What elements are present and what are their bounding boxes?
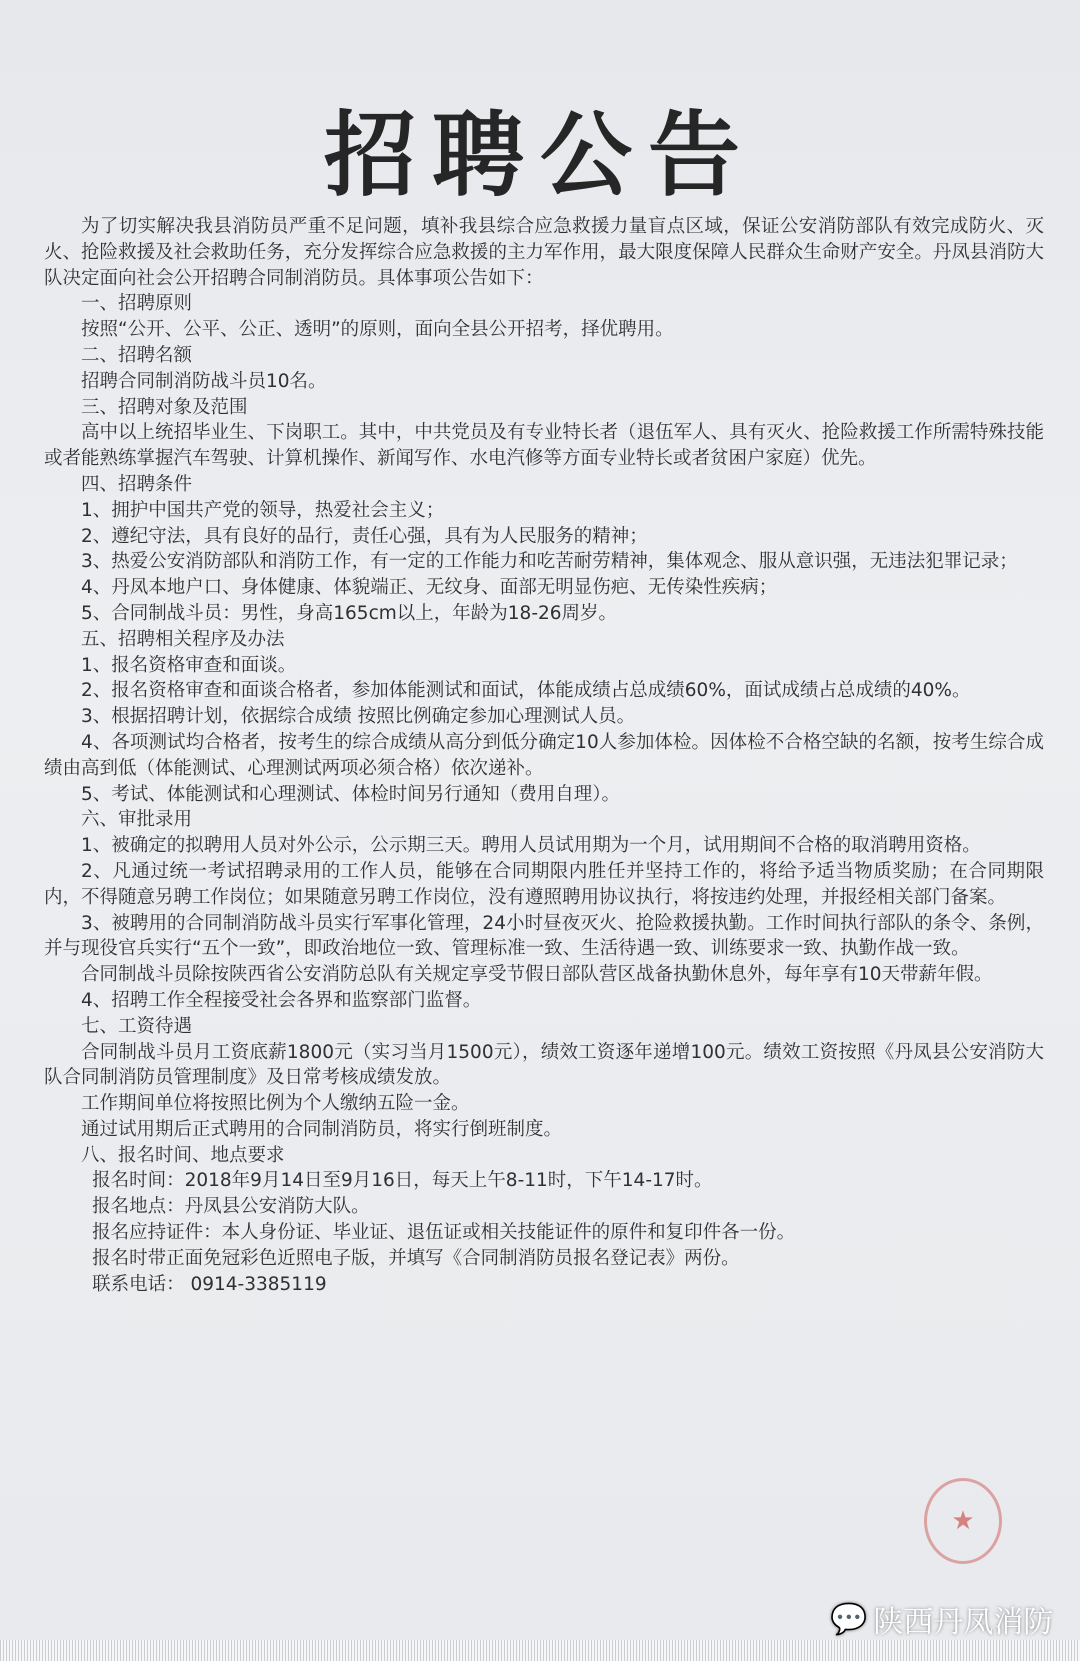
- section-paragraph: 3、热爱公安消防部队和消防工作，有一定的工作能力和吃苦耐劳精神，集体观念、服从意…: [44, 549, 1044, 575]
- section-paragraph: 合同制战斗员月工资底薪1800元（实习当月1500元），绩效工资逐年递增100元…: [44, 1040, 1044, 1092]
- section-paragraph: 2、凡通过统一考试招聘录用的工作人员，能够在合同期限内胜任并坚持工作的，将给予适…: [44, 859, 1044, 911]
- notice-paper: 招聘公告 为了切实解决我县消防员严重不足问题，填补我县综合应急救援力量盲点区域，…: [0, 0, 1080, 1640]
- section-paragraph: 报名应持证件：本人身份证、毕业证、退伍证或相关技能证件的原件和复印件各一份。: [44, 1220, 1044, 1246]
- section-paragraph: 合同制战斗员除按陕西省公安消防总队有关规定享受节假日部队营区战备执勤休息外，每年…: [44, 962, 1044, 988]
- star-icon: ★: [951, 1506, 974, 1536]
- intro-paragraph: 为了切实解决我县消防员严重不足问题，填补我县综合应急救援力量盲点区域，保证公安消…: [44, 214, 1044, 291]
- section-paragraph: 5、合同制战斗员：男性，身高165cm以上，年龄为18-26周岁。: [44, 601, 1044, 627]
- section-paragraph: 报名时带正面免冠彩色近照电子版，并填写《合同制消防员报名登记表》两份。: [44, 1246, 1044, 1272]
- section-paragraph: 工作期间单位将按照比例为个人缴纳五险一金。: [44, 1091, 1044, 1117]
- section-paragraph: 2、遵纪守法，具有良好的品行，责任心强，具有为人民服务的精神；: [44, 524, 1044, 550]
- section-paragraph: 通过试用期后正式聘用的合同制消防员，将实行倒班制度。: [44, 1117, 1044, 1143]
- section-paragraph: 按照“公开、公平、公正、透明”的原则，面向全县公开招考，择优聘用。: [44, 317, 1044, 343]
- section-paragraph: 招聘合同制消防战斗员10名。: [44, 369, 1044, 395]
- page-title: 招聘公告: [0, 82, 1080, 214]
- section-paragraph: 4、各项测试均合格者，按考生的综合成绩从高分到低分确定10人参加体检。因体检不合…: [44, 730, 1044, 782]
- section-heading: 七、工资待遇: [44, 1014, 1044, 1040]
- section-paragraph: 5、考试、体能测试和心理测试、体检时间另行通知（费用自理）。: [44, 782, 1044, 808]
- section-paragraph: 高中以上统招毕业生、下岗职工。其中，中共党员及有专业特长者（退伍军人、具有灭火、…: [44, 420, 1044, 472]
- section-paragraph: 2、报名资格审查和面谈合格者，参加体能测试和面试，体能成绩占总成绩60%，面试成…: [44, 678, 1044, 704]
- section-heading: 六、审批录用: [44, 807, 1044, 833]
- section-paragraph: 4、招聘工作全程接受社会各界和监察部门监督。: [44, 988, 1044, 1014]
- section-heading: 三、招聘对象及范围: [44, 395, 1044, 421]
- section-paragraph: 报名时间：2018年9月14日至9月16日，每天上午8-11时，下午14-17时…: [44, 1168, 1044, 1194]
- watermark-text: 陕西丹凤消防: [873, 1597, 1053, 1641]
- section-paragraph: 报名地点：丹凤县公安消防大队。: [44, 1194, 1044, 1220]
- section-heading: 八、报名时间、地点要求: [44, 1143, 1044, 1169]
- watermark: 💬 陕西丹凤消防: [830, 1597, 1053, 1641]
- section-paragraph: 3、根据招聘计划，依据综合成绩 按照比例确定参加心理测试人员。: [44, 704, 1044, 730]
- bottom-border: [0, 1640, 1080, 1661]
- section-paragraph: 1、拥护中国共产党的领导，热爱社会主义；: [44, 498, 1044, 524]
- section-paragraph: 3、被聘用的合同制消防战斗员实行军事化管理，24小时昼夜灭火、抢险救援执勤。工作…: [44, 911, 1044, 963]
- section-heading: 一、招聘原则: [44, 291, 1044, 317]
- section-paragraph: 1、报名资格审查和面谈。: [44, 653, 1044, 679]
- section-heading: 五、招聘相关程序及办法: [44, 627, 1044, 653]
- section-paragraph: 联系电话： 0914-3385119: [44, 1272, 1044, 1298]
- section-paragraph: 4、丹凤本地户口、身体健康、体貌端正、无纹身、面部无明显伤疤、无传染性疾病；: [44, 575, 1044, 601]
- wechat-icon: 💬: [830, 1602, 867, 1637]
- notice-body: 为了切实解决我县消防员严重不足问题，填补我县综合应急救援力量盲点区域，保证公安消…: [44, 214, 1044, 1297]
- section-paragraph: 1、被确定的拟聘用人员对外公示，公示期三天。聘用人员试用期为一个月，试用期间不合…: [44, 833, 1044, 859]
- section-heading: 四、招聘条件: [44, 472, 1044, 498]
- section-heading: 二、招聘名额: [44, 343, 1044, 369]
- official-seal-stamp: ★: [924, 1478, 1002, 1564]
